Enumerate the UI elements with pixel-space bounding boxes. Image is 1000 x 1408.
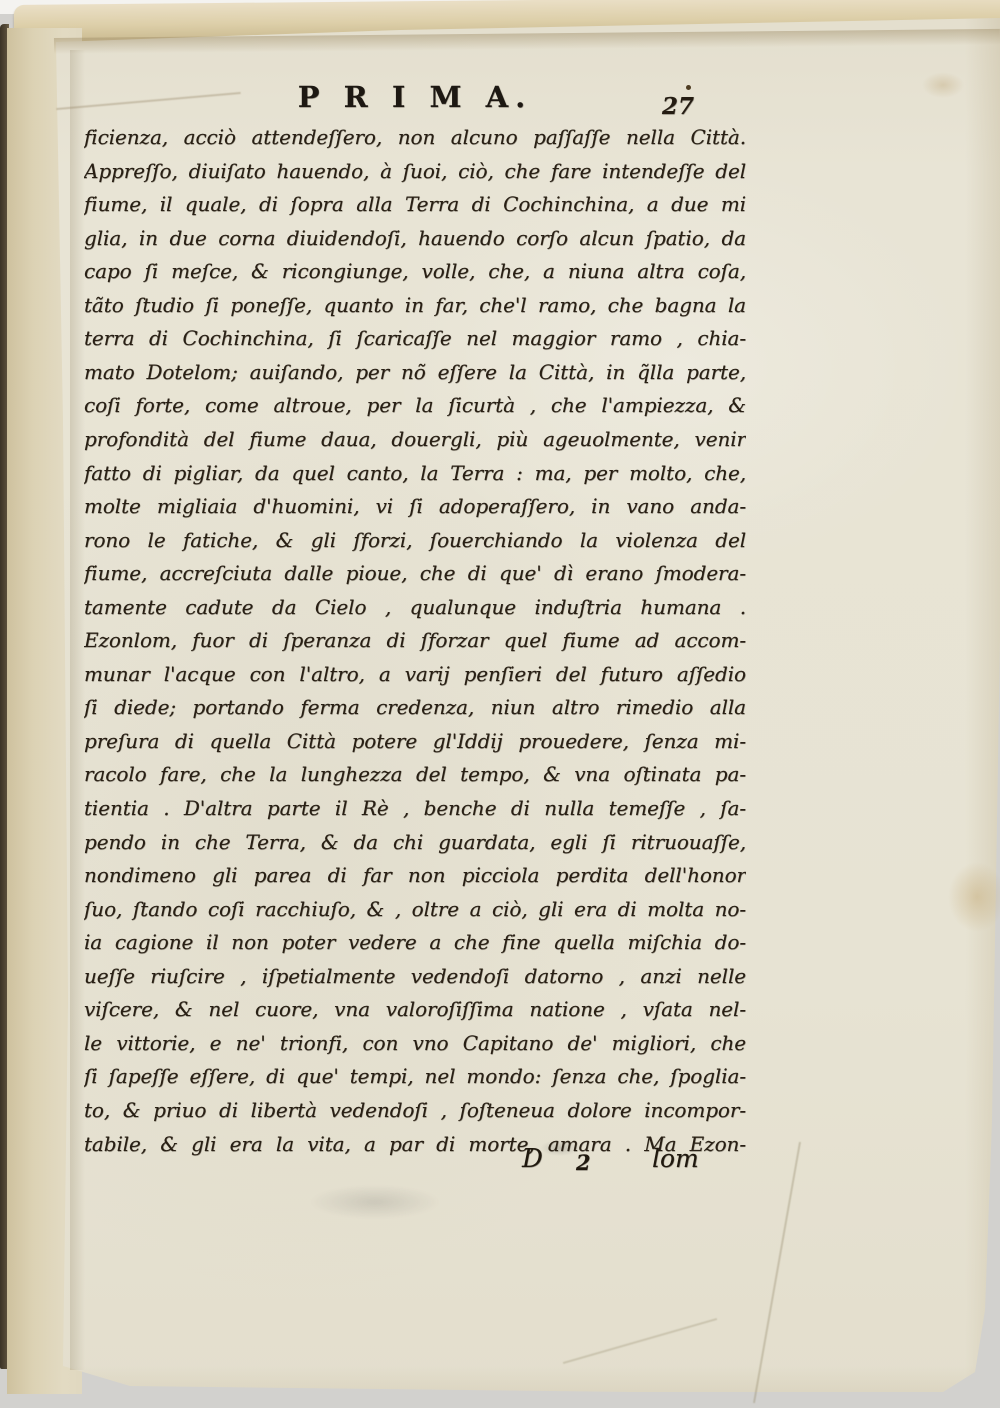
text-line: ſi diede; portando ferma credenza, niun …	[84, 690, 746, 724]
text-line: tabile, & gli era la vita, a par di mort…	[84, 1127, 746, 1161]
text-line: munar l'acque con l'altro, a varij penſi…	[84, 657, 746, 691]
text-line: capo ſi meſce, & ricongiunge, volle, che…	[84, 254, 746, 288]
folio-number: 27	[662, 93, 694, 120]
text-line: viſcere, & nel cuore, vna valoroſiſſima …	[84, 992, 746, 1026]
photo-canvas: P R I M A. 27 ficienza, acciò attendeſſe…	[0, 0, 1000, 1408]
text-line: fatto di pigliar, da quel canto, la Terr…	[84, 456, 746, 490]
text-line: coſi forte, come altroue, per la ſicurtà…	[84, 388, 746, 422]
text-line: mato Dotelom; auiſando, per nõ eſſere la…	[84, 355, 746, 389]
text-line: tamente cadute da Cielo , qualunque indu…	[84, 590, 746, 624]
text-line: ficienza, acciò attendeſſero, non alcuno…	[84, 120, 746, 154]
text-line: nondimeno gli parea di far non picciola …	[84, 858, 746, 892]
text-line: pendo in che Terra, & da chi guardata, e…	[84, 825, 746, 859]
text-line: preſura di quella Città potere gl'Iddij …	[84, 724, 746, 758]
text-line: ia cagione il non poter vedere a che fin…	[84, 925, 746, 959]
text-line: ueſſe riuſcire , iſpetialmente vedendoſi…	[84, 959, 746, 993]
text-line: molte migliaia d'huomini, vi ſi adoperaſ…	[84, 489, 746, 523]
running-head: P R I M A.	[84, 80, 746, 114]
text-line: terra di Cochinchina, ſi ſcaricaſſe nel …	[84, 321, 746, 355]
text-line: tientia . D'altra parte il Rè , benche d…	[84, 791, 746, 825]
text-line: ſi ſapeſſe eſſere, di que' tempi, nel mo…	[84, 1059, 746, 1093]
text-line: tãto ſtudio ſi poneſſe, quanto in far, c…	[84, 288, 746, 322]
text-line: ſuo, ſtando coſi racchiuſo, & , oltre a …	[84, 892, 746, 926]
printed-content: P R I M A. 27 ficienza, acciò attendeſſe…	[0, 0, 1000, 1408]
text-line: racolo fare, che la lunghezza del tempo,…	[84, 757, 746, 791]
text-line: le vittorie, e ne' trionfi, con vno Capi…	[84, 1026, 746, 1060]
signature-number: 2	[576, 1150, 591, 1175]
text-line: Appreſſo, diuiſato hauendo, à ſuoi, ciò,…	[84, 154, 746, 188]
text-line: rono le fatiche, & gli ſforzi, ſouerchia…	[84, 523, 746, 557]
text-line: fiume, accreſciuta dalle pioue, che di q…	[84, 556, 746, 590]
text-line: fiume, il quale, di ſopra alla Terra di …	[84, 187, 746, 221]
signature-letter: D	[522, 1144, 543, 1174]
text-line: Ezonlom, fuor di ſperanza di ſforzar que…	[84, 623, 746, 657]
catchword: lom	[652, 1144, 699, 1173]
text-line: profondità del fiume daua, douergli, più…	[84, 422, 746, 456]
text-line: to, & priuo di libertà vedendoſi , ſoſte…	[84, 1093, 746, 1127]
text-line: glia, in due corna diuidendoſi, hauendo …	[84, 221, 746, 255]
